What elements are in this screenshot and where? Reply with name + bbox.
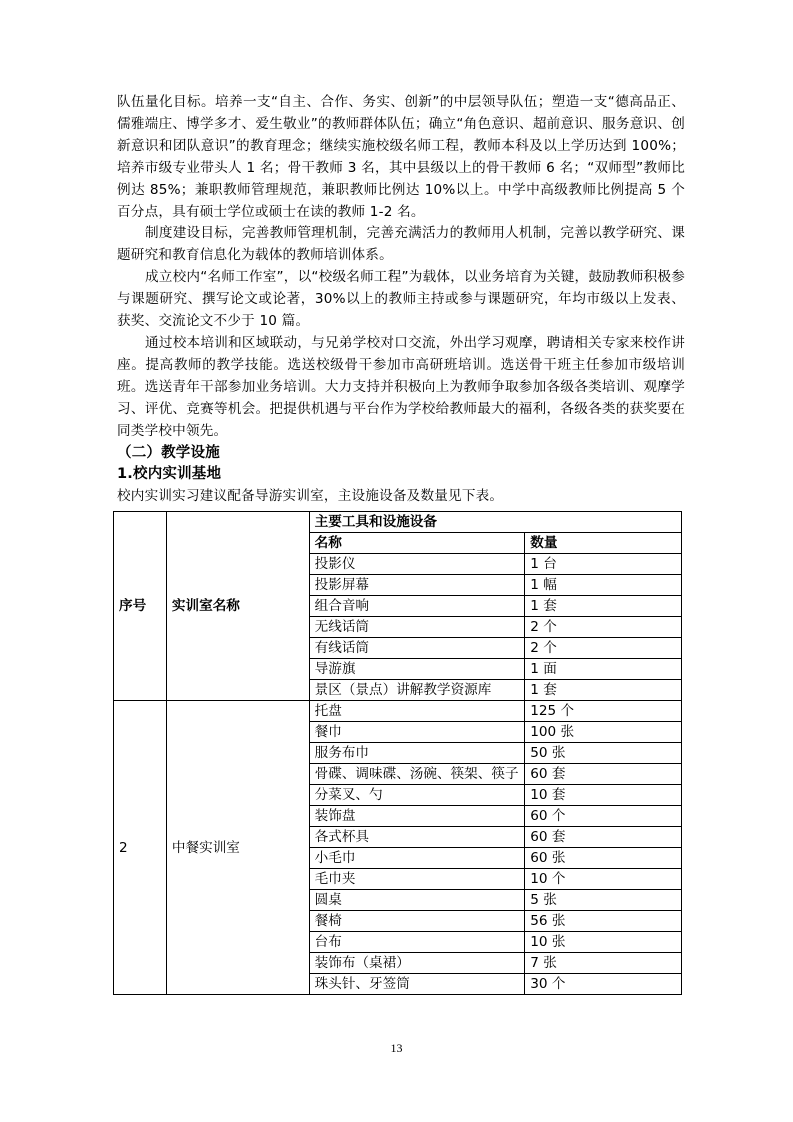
item-name: 圆桌 (309, 890, 525, 911)
item-qty: 60 个 (525, 806, 682, 827)
paragraph-training: 通过校本培训和区域联动，与兄弟学校对口交流，外出学习观摩，聘请相关专家来校作讲座… (117, 333, 685, 443)
item-qty: 1 面 (525, 659, 682, 680)
item-name: 小毛巾 (309, 848, 525, 869)
item-qty: 10 张 (525, 932, 682, 953)
item-name: 无线话筒 (309, 617, 525, 638)
subsection-heading: 1.校内实训基地 (117, 464, 685, 486)
item-name: 投影屏幕 (309, 575, 525, 596)
item-qty: 56 张 (525, 911, 682, 932)
equipment-table: 序号 实训室名称 主要工具和设施设备 名称 数量 投影仪1 台 投影屏幕1 幅 … (113, 511, 682, 995)
item-name: 景区（景点）讲解教学资源库 (309, 680, 525, 701)
document-page: 队伍量化目标。培养一支“自主、合作、务实、创新”的中层领导队伍；塑造一支“德高品… (0, 0, 793, 1122)
table-header-row: 序号 实训室名称 主要工具和设施设备 (114, 512, 682, 533)
item-name: 台布 (309, 932, 525, 953)
item-qty: 50 张 (525, 743, 682, 764)
item-qty: 10 套 (525, 785, 682, 806)
item-name: 导游旗 (309, 659, 525, 680)
item-name: 各式杯具 (309, 827, 525, 848)
header-serial-no: 序号 (114, 512, 167, 701)
item-qty: 1 套 (525, 596, 682, 617)
item-qty: 60 套 (525, 827, 682, 848)
paragraph-system-goals: 制度建设目标，完善教师管理机制，完善充满活力的教师用人机制，完善以教学研究、课题… (117, 223, 685, 267)
paragraph-team-goals: 队伍量化目标。培养一支“自主、合作、务实、创新”的中层领导队伍；塑造一支“德高品… (117, 92, 685, 223)
item-qty: 60 套 (525, 764, 682, 785)
header-room-name: 实训室名称 (166, 512, 309, 701)
item-qty: 1 幅 (525, 575, 682, 596)
item-qty: 2 个 (525, 617, 682, 638)
item-qty: 1 台 (525, 554, 682, 575)
item-name: 组合音响 (309, 596, 525, 617)
page-number: 13 (0, 1041, 793, 1056)
item-name: 餐椅 (309, 911, 525, 932)
item-name: 珠头针、牙签筒 (309, 974, 525, 995)
item-name: 毛巾夹 (309, 869, 525, 890)
table-row: 2 中餐实训室 托盘 125 个 (114, 701, 682, 722)
item-name: 托盘 (309, 701, 525, 722)
item-qty: 7 张 (525, 953, 682, 974)
header-equipment-group: 主要工具和设施设备 (309, 512, 681, 533)
item-name: 服务布巾 (309, 743, 525, 764)
item-qty: 100 张 (525, 722, 682, 743)
room-name: 中餐实训室 (166, 701, 309, 995)
item-qty: 60 张 (525, 848, 682, 869)
item-name: 分菜叉、勺 (309, 785, 525, 806)
item-name: 装饰盘 (309, 806, 525, 827)
item-qty: 1 套 (525, 680, 682, 701)
body-text: 队伍量化目标。培养一支“自主、合作、务实、创新”的中层领导队伍；塑造一支“德高品… (117, 92, 685, 508)
section-heading: （二）教学设施 (117, 443, 685, 465)
item-name: 有线话筒 (309, 638, 525, 659)
room-serial-no: 2 (114, 701, 167, 995)
item-qty: 2 个 (525, 638, 682, 659)
header-item-name: 名称 (309, 533, 525, 554)
item-qty: 125 个 (525, 701, 682, 722)
item-qty: 5 张 (525, 890, 682, 911)
item-qty: 30 个 (525, 974, 682, 995)
item-qty: 10 个 (525, 869, 682, 890)
item-name: 骨碟、调味碟、汤碗、筷架、筷子 (309, 764, 525, 785)
paragraph-master-studio: 成立校内“名师工作室”，以“校级名师工程”为载体，以业务培育为关键，鼓励教师积极… (117, 267, 685, 333)
item-name: 餐巾 (309, 722, 525, 743)
intro-text: 校内实训实习建议配备导游实训室，主设施设备及数量见下表。 (117, 486, 685, 508)
item-name: 装饰布（桌裙） (309, 953, 525, 974)
item-name: 投影仪 (309, 554, 525, 575)
header-quantity: 数量 (525, 533, 682, 554)
